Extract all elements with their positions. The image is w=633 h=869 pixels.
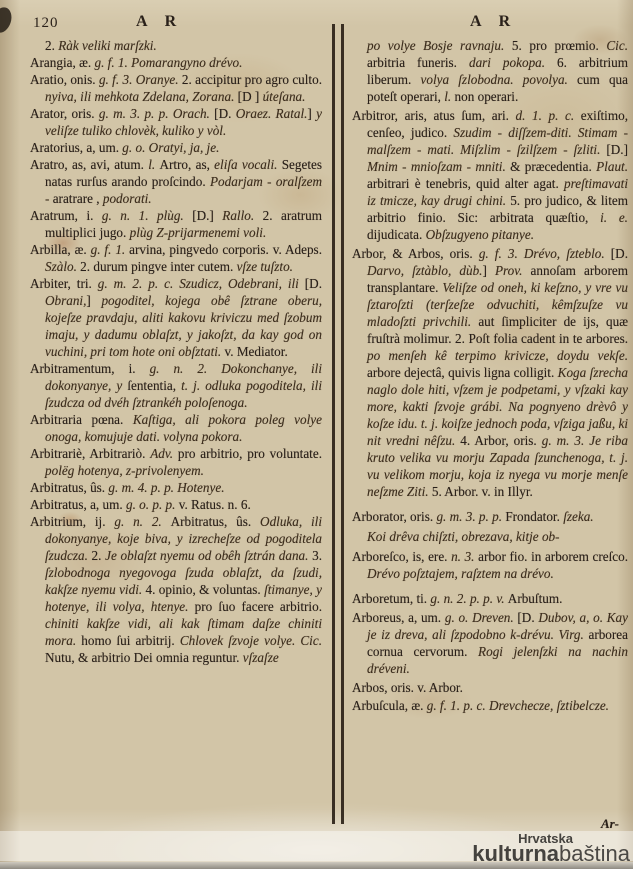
entry-latin-text: Arboreus, a, um. — [352, 610, 445, 625]
entry-latin-text: Arbiter, tri. — [30, 276, 98, 291]
entry-latin-text: aratrare , — [53, 191, 103, 206]
entry-gloss-text: g. o. Oratyi, ja, je. — [122, 140, 219, 155]
entry-gloss-text: g. n. 2. — [114, 514, 170, 529]
entry-latin-text: Arangia, æ. — [30, 55, 94, 70]
entry-latin-text: Arboreſco, is, ere. — [352, 549, 451, 564]
dictionary-entry: Aratio, onis. g. f. 3. Oranye. 2. accipi… — [30, 71, 322, 105]
entry-gloss-text: g. m. 3. p. p. — [436, 509, 505, 524]
entry-latin-text: 2. durum pingve inter cutem. — [80, 259, 236, 274]
entry-latin-text: homo ſui arbitrij. — [81, 633, 180, 648]
entry-gloss-text: d. 1. p. c. — [516, 108, 581, 123]
dictionary-entry: 2. Ràk veliki marſzki. — [30, 37, 322, 54]
entry-gloss-text: nyiva, ili mehkota Zdelana, Zorana. — [45, 89, 238, 104]
entry-gloss-text: vſzaſze — [243, 650, 279, 665]
entry-gloss-text: Adv. — [150, 446, 178, 461]
entry-latin-text: 2. — [92, 548, 106, 563]
dictionary-entry: Aratro, as, avi, atum. l. Artro, as, eli… — [30, 156, 322, 207]
entry-latin-text: Arbuſtum. — [508, 591, 563, 606]
entry-latin-text: Frondator. — [505, 509, 563, 524]
entry-latin-text: [D. — [214, 106, 236, 121]
entry-gloss-text: g. f. 1. — [91, 242, 130, 257]
entry-latin-text: Arbuſcula, æ. — [352, 698, 427, 713]
entry-latin-text: pro ſuo facere arbitrio. — [195, 599, 322, 614]
dictionary-entry: Arborator, oris. g. m. 3. p. p. Frondato… — [352, 508, 628, 525]
dictionary-entry: Koi drêva chiſzti, obrezava, kitje ob- — [352, 528, 628, 545]
entry-gloss-text: plùg Z-prijarmenemi voli. — [130, 225, 267, 240]
dictionary-entry: Arbitraria pœna. Kaſtiga, ali pokora pol… — [30, 411, 322, 445]
entry-latin-text: v. Mediator. — [225, 344, 288, 359]
entry-gloss-text: úteſana. — [263, 89, 306, 104]
entry-gloss-text: Plaut. — [596, 159, 628, 174]
entry-gloss-text: l. — [444, 89, 454, 104]
column-divider-rule — [332, 24, 344, 824]
page-number: 120 — [33, 15, 59, 32]
entry-latin-text: 5. Arbor. v. in Illyr. — [432, 484, 533, 499]
entry-gloss-text: Cic. — [606, 38, 628, 53]
entry-gloss-text: Drevchecze, ſztibelcze. — [489, 698, 609, 713]
entry-latin-text: [D. — [517, 610, 538, 625]
dictionary-entry: Arboreus, a, um. g. o. Dreven. [D. Dubov… — [352, 609, 628, 677]
entry-gloss-text: Obrani, — [45, 293, 86, 308]
entry-gloss-text: l. — [148, 157, 159, 172]
entry-latin-text: arbitrari è tenebris, quid alter agat. — [367, 176, 564, 191]
dictionary-entry: Arboretum, ti. g. n. 2. p. p. v. Arbuſtu… — [352, 590, 628, 607]
entry-latin-text: Aratro, as, avi, atum. — [30, 157, 148, 172]
dictionary-entry: Arbilla, æ. g. f. 1. arvina, pingvedo co… — [30, 241, 322, 275]
entry-latin-text: Arbitratus, ûs. — [171, 514, 260, 529]
entry-latin-text: Arbitror, aris, atus ſum, ari. — [352, 108, 516, 123]
entry-latin-text: arbor fio. in arborem creſco. — [478, 549, 628, 564]
dictionary-entry: Arbuſcula, æ. g. f. 1. p. c. Drevchecze,… — [352, 697, 628, 714]
dictionary-entry: Arangia, æ. g. f. 1. Pomarangyno drévo. — [30, 54, 322, 71]
dictionary-entry: Arbitrium, ij. g. n. 2. Arbitratus, ûs. … — [30, 513, 322, 666]
entry-latin-text: 5. pro prœmio. — [512, 38, 607, 53]
dictionary-entry: Arbitratus, a, um. g. o. p. p. v. Ratus.… — [30, 496, 322, 513]
dictionary-entry: Arbitror, aris, atus ſum, ari. d. 1. p. … — [352, 107, 628, 243]
right-text-column: po volye Bosje ravnaju. 5. pro prœmio. C… — [352, 37, 628, 714]
entry-latin-text: 3. — [312, 548, 322, 563]
entry-latin-text: Arbitrium, ij. — [30, 514, 114, 529]
entry-gloss-text: Rallo. — [222, 208, 262, 223]
entry-latin-text: arvina, pingvedo corporis. v. Adeps. — [129, 242, 322, 257]
entry-latin-text: non operari. — [455, 89, 519, 104]
page-bottom-edge — [0, 862, 633, 869]
entry-latin-text: [D. — [305, 276, 322, 291]
entry-latin-text: Arator, oris. — [30, 106, 99, 121]
entry-gloss-text: n. 3. — [451, 549, 478, 564]
entry-gloss-text: Darvo, ſztàblo, dùb. — [367, 263, 482, 278]
entry-gloss-text: Koi drêva chiſzti, obrezava, kitje ob- — [367, 529, 560, 544]
dictionary-entry: Arbos, oris. v. Arbor. — [352, 679, 628, 696]
entry-latin-text: Aratorius, a, um. — [30, 140, 122, 155]
entry-gloss-text: Mnim - mnioſzam - mniti. — [367, 159, 510, 174]
entry-latin-text: [D.] — [606, 142, 628, 157]
entry-latin-text: Arbos, oris. v. Arbor. — [352, 680, 463, 695]
entry-gloss-text: g. n. 2. p. p. v. — [430, 591, 507, 606]
dictionary-entry: Arbiter, tri. g. m. 2. p. c. Szudicz, Od… — [30, 275, 322, 360]
entry-gloss-text: g. o. p. p. — [126, 497, 179, 512]
entry-latin-text: ] — [86, 293, 101, 308]
entry-gloss-text: Je oblaſzt nyemu od obêh ſztrán dana. — [105, 548, 312, 563]
entry-latin-text: Arboretum, ti. — [352, 591, 430, 606]
dictionary-entry: Arboreſco, is, ere. n. 3. arbor fio. in … — [352, 548, 628, 582]
entry-latin-text: dijudicata. — [367, 227, 426, 242]
entry-gloss-text: polëg hotenya, z-privolenyem. — [45, 463, 204, 478]
entry-gloss-text: g. o. Dreven. — [445, 610, 518, 625]
entry-gloss-text: g. m. 3. p. p. Orach. — [99, 106, 214, 121]
left-text-column: 2. Ràk veliki marſzki.Arangia, æ. g. f. … — [30, 37, 322, 666]
entry-gloss-text: po volye Bosje ravnaju. — [367, 38, 512, 53]
dictionary-entry: Arator, oris. g. m. 3. p. p. Orach. [D. … — [30, 105, 322, 139]
entry-latin-text: Aratrum, i. — [30, 208, 102, 223]
entry-latin-text: ] — [307, 106, 316, 121]
catchword: Ar- — [601, 816, 619, 832]
entry-latin-text: [D. — [611, 246, 628, 261]
entry-latin-text: [D ] — [238, 89, 263, 104]
heritage-watermark: Hrvatska kulturnabaština — [472, 832, 630, 865]
entry-gloss-text: podorati. — [103, 191, 152, 206]
entry-latin-text: & præcedentia. — [510, 159, 596, 174]
entry-latin-text: Arbitraria pœna. — [30, 412, 133, 427]
dictionary-entry: Arbor, & Arbos, oris. g. f. 3. Drévo, ſz… — [352, 245, 628, 500]
entry-gloss-text: i. e. — [600, 210, 628, 225]
entry-gloss-text: po menſeh kê terpimo krivicze, doydu vek… — [367, 348, 628, 363]
entry-latin-text: ſententia, — [127, 378, 181, 393]
entry-latin-text: 4. opinio, & voluntas. — [146, 582, 265, 597]
entry-latin-text: arbore dejectâ, quivis ligna colligit. — [367, 365, 558, 380]
ink-smudge — [0, 5, 15, 35]
entry-latin-text: pro arbitrio, pro voluntate. — [178, 446, 322, 461]
running-head-left: A R — [136, 13, 183, 31]
entry-gloss-text: Chlovek ſzvoje volye. Cic. — [180, 633, 322, 648]
entry-latin-text: Arborator, oris. — [352, 509, 436, 524]
entry-gloss-text: g. f. 3. Drévo, ſzteblo. — [479, 246, 611, 261]
entry-gloss-text: Oraez. Ratal. — [236, 106, 308, 121]
entry-gloss-text: volya ſzlobodna. povolya. — [421, 72, 578, 87]
entry-latin-text: Aratio, onis. — [30, 72, 99, 87]
entry-gloss-text: g. n. 1. plùg. — [102, 208, 192, 223]
entry-gloss-text: Prov. — [495, 263, 531, 278]
entry-latin-text: 2. accipitur pro agro culto. — [182, 72, 322, 87]
dictionary-entry: Aratorius, a, um. g. o. Oratyi, ja, je. — [30, 139, 322, 156]
entry-latin-text: [D.] — [192, 208, 222, 223]
dictionary-entry: Aratrum, i. g. n. 1. plùg. [D.] Rallo. 2… — [30, 207, 322, 241]
dictionary-entry: Arbitratus, ûs. g. m. 4. p. p. Hotenye. — [30, 479, 322, 496]
entry-latin-text: arbitria funeris. — [367, 55, 469, 70]
entry-latin-text: Nutu, & arbitrio Dei omnia reguntur. — [45, 650, 243, 665]
running-head-right: A R — [470, 13, 517, 31]
entry-gloss-text: g. m. 2. p. c. Szudicz, Odebrani, ili — [98, 276, 305, 291]
entry-latin-text: 4. Arbor, oris. — [460, 433, 541, 448]
entry-gloss-text: ſzeka. — [563, 509, 593, 524]
book-page: 120 A R A R 2. Ràk veliki marſzki.Arangi… — [0, 0, 633, 869]
entry-latin-text: ] — [482, 263, 495, 278]
dictionary-entry: po volye Bosje ravnaju. 5. pro prœmio. C… — [352, 37, 628, 105]
entry-gloss-text: Szàlo. — [45, 259, 80, 274]
entry-gloss-text: g. f. 1. Pomarangyno drévo. — [94, 55, 242, 70]
dictionary-entry: Arbitramentum, i. g. n. 2. Dokonchanye, … — [30, 360, 322, 411]
entry-gloss-text: g. f. 3. Oranye. — [99, 72, 182, 87]
entry-latin-text: Arbitratus, ûs. — [30, 480, 108, 495]
entry-latin-text: Arbilla, æ. — [30, 242, 91, 257]
entry-gloss-text: Obſzugyeno pitanye. — [426, 227, 534, 242]
entry-gloss-text: g. m. 4. p. p. Hotenye. — [108, 480, 224, 495]
entry-gloss-text: Ràk veliki marſzki. — [58, 38, 157, 53]
entry-latin-text: Arbitratus, a, um. — [30, 497, 126, 512]
entry-latin-text: Artro, as, — [159, 157, 214, 172]
entry-gloss-text: vſze tuſzto. — [237, 259, 293, 274]
entry-latin-text: 2. — [45, 38, 58, 53]
entry-latin-text: Arbitramentum, i. — [30, 361, 150, 376]
dictionary-entry: Arbitrariè, Arbitrariò. Adv. pro arbitri… — [30, 445, 322, 479]
entry-latin-text: Arbor, & Arbos, oris. — [352, 246, 479, 261]
entry-gloss-text: g. f. 1. p. c. — [427, 698, 489, 713]
entry-latin-text: Arbitrariè, Arbitrariò. — [30, 446, 150, 461]
entry-gloss-text: eliſa vocali. — [214, 157, 282, 172]
entry-gloss-text: dari pokopa. — [469, 55, 557, 70]
entry-gloss-text: Drévo poſztajem, raſztem na drévo. — [367, 566, 554, 581]
entry-latin-text: v. Ratus. n. 6. — [179, 497, 251, 512]
